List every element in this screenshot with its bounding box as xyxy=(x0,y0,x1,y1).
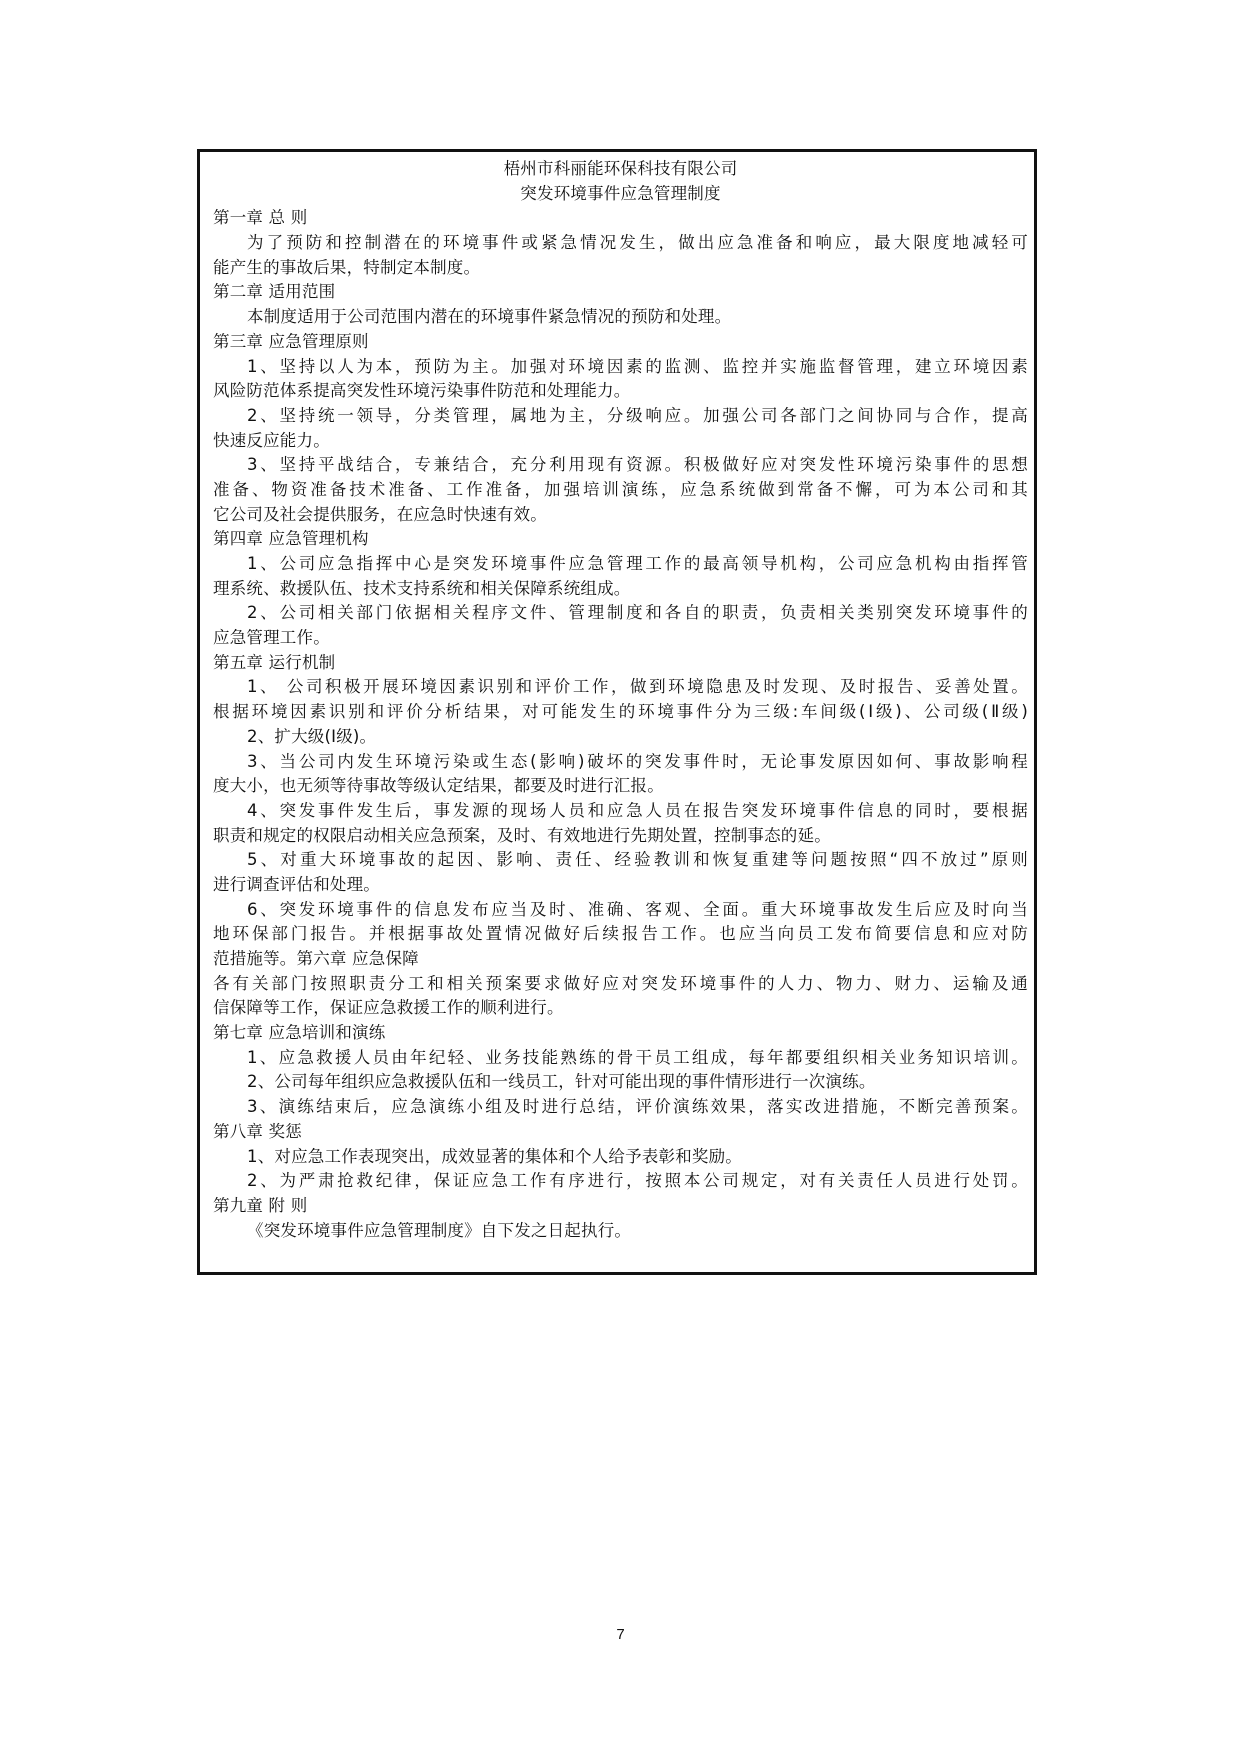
paragraph-line: 快速反应能力。 xyxy=(213,429,1028,454)
paragraph-line: 2、扩大级(Ⅰ级)。 xyxy=(213,725,1028,750)
paragraph-line: 应急管理工作。 xyxy=(213,626,1028,651)
company-name: 梧州市科丽能环保科技有限公司 xyxy=(213,157,1028,182)
page-number: 7 xyxy=(0,1626,1241,1643)
chapter-heading: 第二章 适用范围 xyxy=(213,280,1028,305)
paragraph-line: 3、演练结束后，应急演练小组及时进行总结，评价演练效果，落实改进措施，不断完善预… xyxy=(213,1095,1028,1120)
paragraph-line: 2、公司相关部门依据相关程序文件、管理制度和各自的职责，负责相关类别突发环境事件… xyxy=(213,601,1028,626)
chapter-heading: 第九童 附 则 xyxy=(213,1194,1028,1219)
paragraph-line: 1、应急救援人员由年纪轻、业务技能熟练的骨干员工组成，每年都要组织相关业务知识培… xyxy=(213,1046,1028,1071)
paragraph-line: 职责和规定的权限启动相关应急预案，及时、有效地进行先期处置，控制事态的延。 xyxy=(213,824,1028,849)
paragraph-line: 5、对重大环境事故的起因、影响、责任、经验教训和恢复重建等问题按照“四不放过”原… xyxy=(213,848,1028,873)
paragraph-line: 1、坚持以人为本，预防为主。加强对环境因素的监测、监控并实施监督管理，建立环境因… xyxy=(213,355,1028,380)
chapter-heading: 第一章 总 则 xyxy=(213,206,1028,231)
paragraph-line: 本制度适用于公司范围内潜在的环境事件紧急情况的预防和处理。 xyxy=(213,305,1028,330)
paragraph-line: 1、 公司积极开展环境因素识别和评价工作，做到环境隐患及时发现、及时报告、妥善处… xyxy=(213,675,1028,700)
paragraph-line: 各有关部门按照职责分工和相关预案要求做好应对突发环境事件的人力、物力、财力、运输… xyxy=(213,972,1028,997)
paragraph-line: 2、为严肃抢救纪律，保证应急工作有序进行，按照本公司规定，对有关责任人员进行处罚… xyxy=(213,1169,1028,1194)
paragraph-line: 根据环境因素识别和评价分析结果，对可能发生的环境事件分为三级:车间级(Ⅰ级)、公… xyxy=(213,700,1028,725)
paragraph-line: 1、公司应急指挥中心是突发环境事件应急管理工作的最高领导机构，公司应急机构由指挥… xyxy=(213,552,1028,577)
paragraph-line: 它公司及社会提供服务，在应急时快速有效。 xyxy=(213,503,1028,528)
paragraph-line: 为了预防和控制潜在的环境事件或紧急情况发生，做出应急准备和响应，最大限度地减轻可 xyxy=(213,231,1028,256)
chapter-heading: 第八章 奖惩 xyxy=(213,1120,1028,1145)
paragraph-line: 度大小，也无须等待事故等级认定结果，都要及时进行汇报。 xyxy=(213,774,1028,799)
paragraph-line: 2、坚持统一领导，分类管理，属地为主，分级响应。加强公司各部门之间协同与合作，提… xyxy=(213,404,1028,429)
paragraph-line: 理系统、救援队伍、技术支持系统和相关保障系统组成。 xyxy=(213,577,1028,602)
chapter-heading: 第四章 应急管理机构 xyxy=(213,527,1028,552)
paragraph-line: 3、当公司内发生环境污染或生态(影响)破坏的突发事件时，无论事发原因如何、事故影… xyxy=(213,750,1028,775)
document-title: 突发环境事件应急管理制度 xyxy=(213,182,1028,207)
paragraph-line: 能产生的事故后果，特制定本制度。 xyxy=(213,256,1028,281)
paragraph-line: 6、突发环境事件的信息发布应当及时、准确、客观、全面。重大环境事故发生后应及时向… xyxy=(213,898,1028,923)
paragraph-line: 范措施等。第六章 应急保障 xyxy=(213,947,1028,972)
paragraph-line: 2、公司每年组织应急救援队伍和一线员工，针对可能出现的事件情形进行一次演练。 xyxy=(213,1070,1028,1095)
paragraph-line: 《突发环境事件应急管理制度》自下发之日起执行。 xyxy=(213,1219,1028,1244)
paragraph-line: 风险防范体系提高突发性环境污染事件防范和处理能力。 xyxy=(213,379,1028,404)
paragraph-line: 进行调查评估和处理。 xyxy=(213,873,1028,898)
chapter-heading: 第五章 运行机制 xyxy=(213,651,1028,676)
regulation-frame: 梧州市科丽能环保科技有限公司 突发环境事件应急管理制度 第一章 总 则为了预防和… xyxy=(197,149,1037,1275)
paragraph-line: 3、坚持平战结合，专兼结合，充分利用现有资源。积极做好应对突发性环境污染事件的思… xyxy=(213,453,1028,478)
paragraph-line: 地环保部门报告。并根据事故处置情况做好后续报告工作。也应当向员工发布简要信息和应… xyxy=(213,922,1028,947)
chapter-heading: 第七章 应急培训和演练 xyxy=(213,1021,1028,1046)
paragraph-line: 4、突发事件发生后，事发源的现场人员和应急人员在报告突发环境事件信息的同时，要根… xyxy=(213,799,1028,824)
regulation-content: 梧州市科丽能环保科技有限公司 突发环境事件应急管理制度 第一章 总 则为了预防和… xyxy=(213,157,1028,1243)
paragraph-line: 准备、物资准备技术准备、工作准备，加强培训演练，应急系统做到常备不懈，可为本公司… xyxy=(213,478,1028,503)
paragraph-line: 信保障等工作，保证应急救援工作的顺利进行。 xyxy=(213,996,1028,1021)
chapter-heading: 第三章 应急管理原则 xyxy=(213,330,1028,355)
paragraph-line: 1、对应急工作表现突出，成效显著的集体和个人给予表彰和奖励。 xyxy=(213,1145,1028,1170)
